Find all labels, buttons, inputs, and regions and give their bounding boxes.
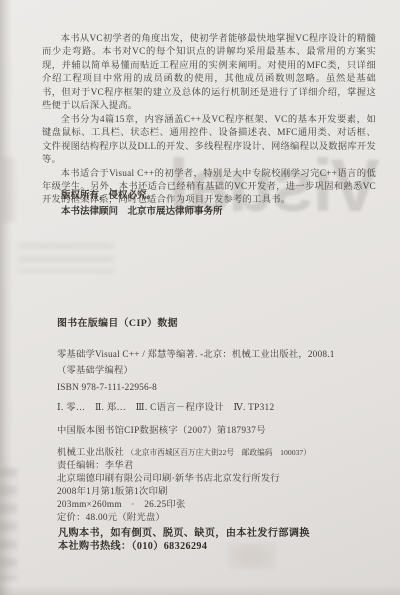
exchange-notice-line: 凡购本书，如有倒页、脱页、缺页，由本社发行部调换 [58, 528, 388, 541]
intro-paragraph: 全书分为4篇15章，内容涵盖C++及VC程序框架、VC的基本开发要素，如键盘鼠标… [42, 114, 376, 168]
purchase-notice-block: 凡购本书，如有倒页、脱页、缺页，由本社发行部调换 本社购书热线：（010）683… [58, 528, 388, 553]
edition-line: 2008年1月第1版第1次印刷 [57, 486, 387, 499]
page-bottom-shadow [0, 585, 400, 595]
intro-paragraph: 本书从VC初学者的角度出发，使初学者能够最快地掌握VC程序设计的精髓而少走弯路。… [42, 33, 376, 114]
hotline-line: 本社购书热线：（010）68326294 [58, 541, 388, 554]
introduction-text: 本书从VC初学者的角度出发，使初学者能够最快地掌握VC程序设计的精髓而少走弯路。… [42, 33, 376, 208]
cip-title-line: 零基础学Visual C++ / 郑慧等编著. -北京：机械工业出版社，2008… [57, 347, 377, 363]
price-line: 定价：48.00元（附光盘） [57, 512, 387, 525]
editor-line: 责任编辑：李华君 [57, 460, 387, 473]
showthrough-smudge [18, 243, 114, 273]
cip-heading: 图书在版编目（CIP）数据 [57, 315, 178, 329]
legal-advisor-line: 本书法律顾问 北京市展达律师事务所 [42, 205, 376, 221]
publisher-address: （北京市西城区百万庄大街22号 邮政编码 100037） [126, 448, 311, 457]
cip-classification-line: Ⅰ. 零… Ⅱ. 郑… Ⅲ. C语言－程序设计 Ⅳ. TP312 [57, 399, 274, 413]
format-line: 203mm×260mm · 26.25印张 [57, 499, 387, 512]
publisher-imprint-block: 机械工业出版社 （北京市西城区百万庄大街22号 邮政编码 100037） 责任编… [57, 446, 387, 526]
page-left-shadow [0, 0, 13, 595]
rights-block: 版权所有，侵权必究。 本书法律顾问 北京市展达律师事务所 [42, 189, 376, 220]
book-copyright-page: Visual 本书从VC初学者的角度出发，使初学者能够最快地掌握VC程序设计的精… [0, 0, 400, 595]
cip-data-block: 零基础学Visual C++ / 郑慧等编著. -北京：机械工业出版社，2008… [57, 347, 377, 396]
printer-line: 北京瑞德印刷有限公司印刷·新华书店北京发行所发行 [57, 473, 387, 486]
cip-series-line: （零基础学编程） [57, 363, 377, 379]
cip-isbn-line: ISBN 978-7-111-22956-8 [57, 380, 377, 396]
copyright-notice: 版权所有，侵权必究。 [42, 189, 376, 205]
publisher-name: 机械工业出版社 [57, 448, 124, 458]
publisher-line: 机械工业出版社 （北京市西城区百万庄大街22号 邮政编码 100037） [57, 446, 387, 460]
cip-record-number-line: 中国版本图书馆CIP数据核字（2007）第187937号 [57, 422, 266, 436]
